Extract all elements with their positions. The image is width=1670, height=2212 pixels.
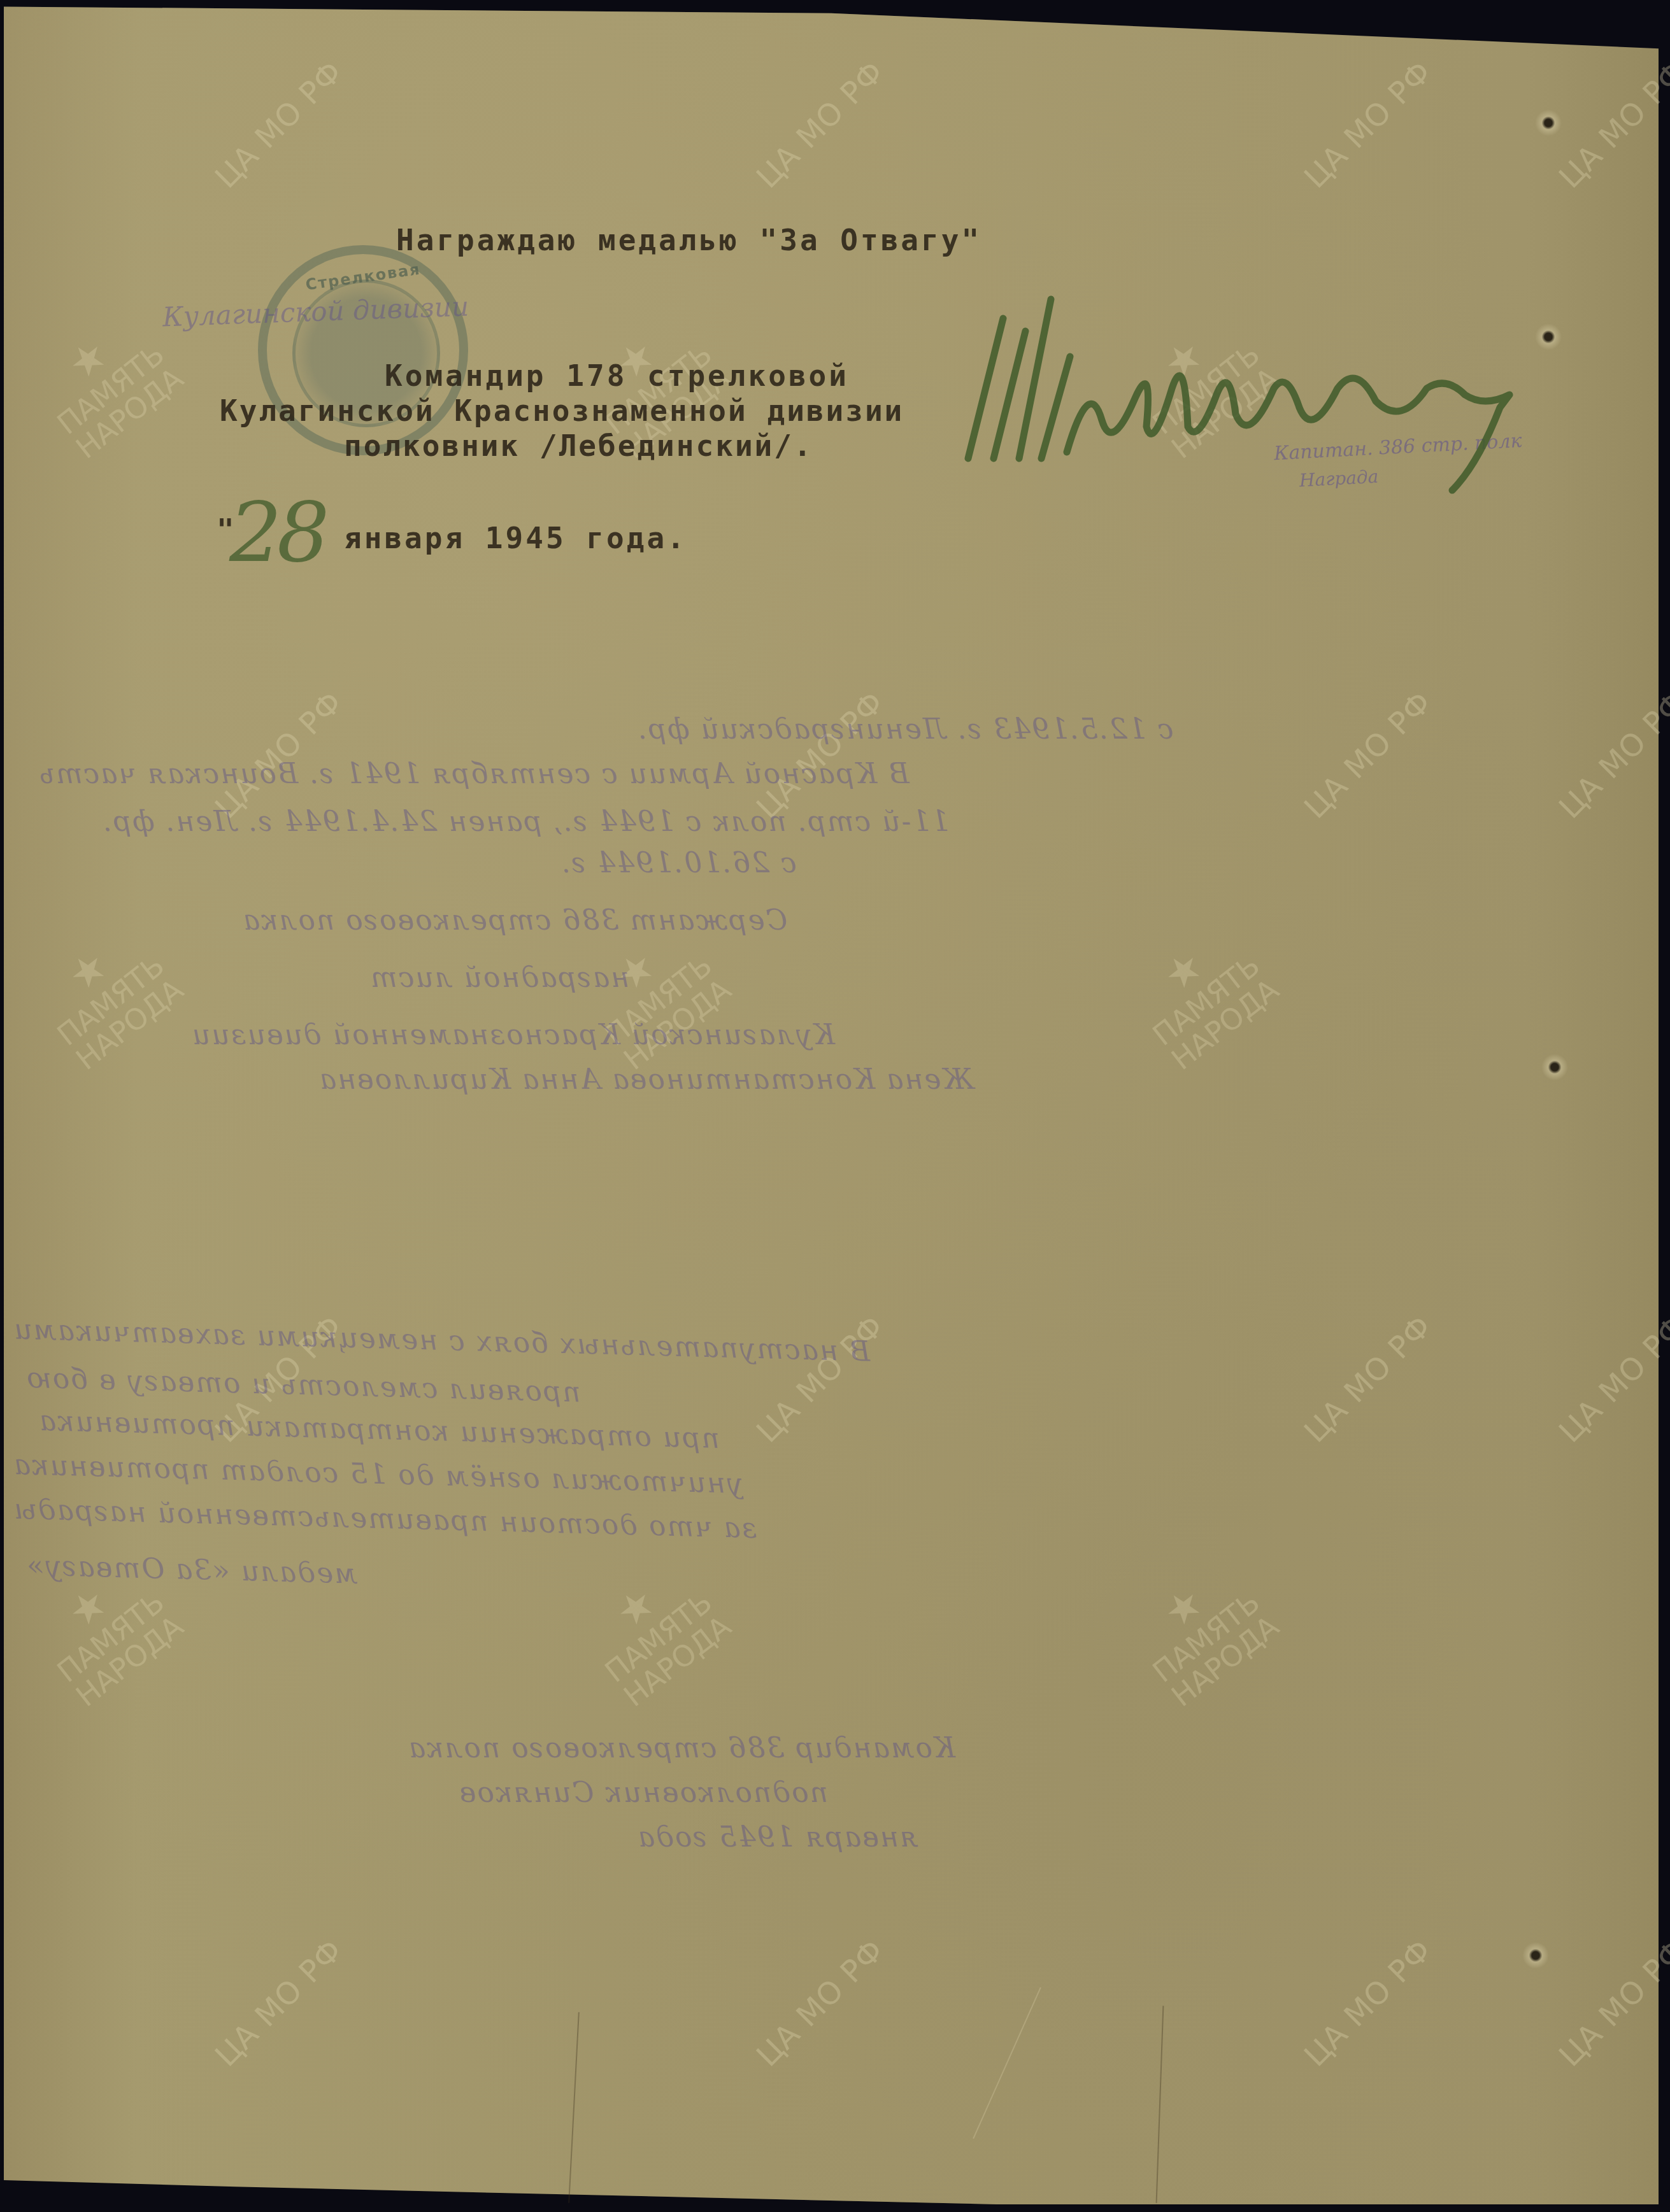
bleed-through-line: с 26.10.1944 г.: [560, 847, 797, 879]
date-day-handwritten: 28: [229, 484, 324, 581]
commander-signature: [943, 299, 1567, 509]
award-line: Награждаю медалью "За Отвагу": [396, 223, 981, 257]
punch-hole: [1541, 1054, 1568, 1081]
commander-name-line: полковник /Лебединский/.: [344, 429, 813, 463]
bleed-through-line: 11-й стр. полк с 1944 г., ранен 24.4.194…: [102, 805, 949, 838]
date-line: января 1945 года.: [344, 521, 687, 555]
bleed-through-line: Жена Константинова Анна Кирилловна: [318, 1063, 974, 1096]
bleed-through-line: наградной лист: [369, 961, 629, 994]
commander-title-line: Командир 178 стрелковой: [385, 358, 849, 393]
bleed-through-line: подполковник Синяков: [459, 1776, 828, 1809]
bleed-through-line: В Красной Армии с сентября 1941 г. Воинс…: [38, 758, 910, 790]
punch-hole: [1535, 110, 1562, 136]
bleed-through-line: с 12.5.1943 г. Ленинградский фр.: [637, 713, 1174, 746]
bleed-through-line: Командир 386 стрелкового полка: [408, 1732, 955, 1764]
bleed-through-line: Сержант 386 стрелкового полка: [242, 904, 787, 937]
bleed-through-line: Кулагинской Краснознаменной дивизии: [191, 1019, 835, 1051]
bleed-through-line: января 1945 года: [637, 1821, 918, 1854]
punch-hole: [1522, 1942, 1549, 1969]
division-name-line: Кулагинской Краснознаменной дивизии: [220, 393, 904, 428]
